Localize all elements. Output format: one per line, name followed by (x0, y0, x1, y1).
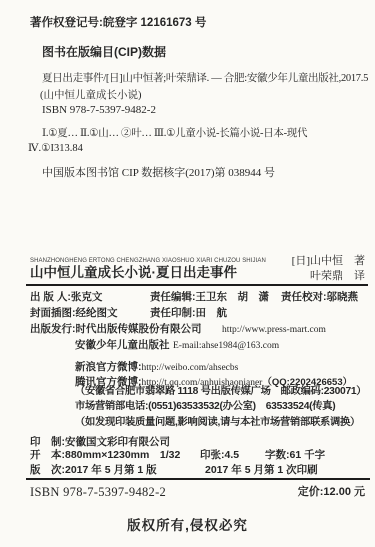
book-title: 山中恒儿童成长小说·夏日出走事件 (30, 265, 237, 282)
responsible-editors: 责任编辑:王卫东 胡 潇 (150, 291, 269, 304)
cip-entry-line: 夏日出走事件/[日]山中恒著;叶荣鼎译. — 合肥:安徽少年儿童出版社,2017… (42, 72, 368, 85)
word-count: 字数:61 千字 (265, 449, 325, 462)
printing-line: 2017 年 5 月第 1 次印刷 (205, 464, 318, 477)
sheet-count: 印张:4.5 (200, 449, 239, 462)
responsible-proofreader: 责任校对:邬晓燕 (281, 291, 358, 304)
marketing-phone-line: 市场营销部电话:(0551)63533532(办公室) 63533524(传真) (75, 401, 335, 414)
cip-classification-line-2: Ⅳ.①I313.84 (28, 142, 83, 155)
printer-line: 印 制:安徽国文彩印有限公司 (30, 436, 170, 449)
title-divider (26, 284, 368, 286)
cip-classification-line-1: Ⅰ.①夏… Ⅱ.①山… ②叶… Ⅲ.①儿童小说-长篇小说-日本-现代 (42, 127, 307, 140)
cip-series-line: (山中恒儿童成长小说) (40, 89, 142, 102)
format-line: 开 本:880mm×1230mm 1/32 (30, 449, 180, 462)
edition-line: 版 次:2017 年 5 月第 1 版 (30, 464, 157, 477)
footer-notice: 版权所有,侵权必究 (0, 518, 375, 535)
publisher-person: 出 版 人:张克文 (30, 291, 102, 304)
cip-heading: 图书在版编目(CIP)数据 (42, 45, 166, 60)
author-credit: [日]山中恒 著 (292, 255, 365, 269)
cip-record-line: 中国版本图书馆 CIP 数据核字(2017)第 038944 号 (42, 167, 275, 181)
publisher-website: http://www.press-mart.com (222, 325, 326, 337)
press-email: E-mail:ahse1984@163.com (173, 341, 279, 353)
quality-notice-line: （如发现印装质量问题,影响阅读,请与本社市场营销部联系调换） (75, 417, 360, 430)
isbn-divider (26, 478, 370, 480)
print-supervisor: 责任印制:田 航 (150, 307, 227, 320)
isbn-line: ISBN 978-7-5397-9482-2 (30, 485, 166, 501)
press-name: 安徽少年儿童出版社 (75, 339, 170, 352)
price: 定价:12.00 元 (298, 486, 365, 500)
copyright-page: 著作权登记号:皖登字 12161673 号 图书在版编目(CIP)数据 夏日出走… (0, 0, 375, 547)
copyright-registration-line: 著作权登记号:皖登字 12161673 号 (30, 16, 206, 30)
publishing-company: 出版发行:时代出版传媒股份有限公司 (30, 323, 202, 336)
translator-credit: 叶荣鼎 译 (310, 270, 365, 284)
cip-isbn-line: ISBN 978-7-5397-9482-2 (42, 104, 156, 118)
cover-illustration: 封面插图:经纶图文 (30, 307, 118, 320)
press-address-line: （安徽省合肥市翡翠路 1118 号出版传媒广场 邮政编码:230071） (75, 386, 366, 399)
